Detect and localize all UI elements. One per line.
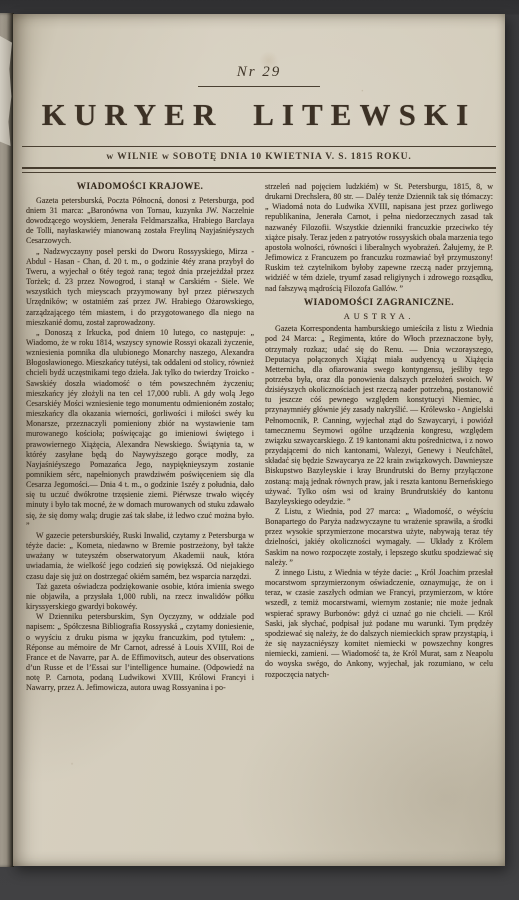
article-paragraph: „ Donoszą z Irkucka, pod dniem 10 lutego… bbox=[26, 328, 254, 531]
article-columns: WIADOMOŚCI KRAJOWE. Gazeta petersburská,… bbox=[13, 173, 505, 786]
article-paragraph-continuation: strzeleń nad pojęciem ludzkiém) w St. Pe… bbox=[265, 182, 493, 294]
article-paragraph: W gazecie petersburskiéy, Ruski Inwalid,… bbox=[26, 531, 254, 582]
issue-rule bbox=[198, 86, 320, 87]
masthead-header: Nr 29 KURYER LITEWSKI w WILNIE w SOBOTĘ … bbox=[13, 64, 505, 173]
dateline: w WILNIE w SOBOTĘ DNIA 10 KWIETNIA V. S.… bbox=[13, 152, 505, 162]
article-paragraph: Gazeta Korrespondenta hamburskiego umieś… bbox=[265, 324, 493, 507]
scanned-newspaper-screenshot: { "colors": { "paper": "#d3ccbb", "ink":… bbox=[0, 0, 519, 900]
article-paragraph: Taż gazeta oświadcza podziękowanie osobi… bbox=[26, 582, 254, 612]
masthead-title: KURYER LITEWSKI bbox=[13, 97, 505, 133]
article-paragraph: Z Listu, z Wiednia, pod 27 marca: „ Wiad… bbox=[265, 507, 493, 568]
dateline-top-rule bbox=[22, 146, 496, 147]
article-paragraph: „ Nadzwyczayny poseł perski do Dworu Ros… bbox=[26, 247, 254, 328]
article-paragraph: Z innego Listu, z Wiednia w téyże dacie:… bbox=[265, 568, 493, 680]
issue-number: Nr 29 bbox=[13, 64, 505, 81]
section-title-foreign-news: WIADOMOŚCI ZAGRANICZNE. bbox=[265, 298, 493, 310]
article-paragraph: Gazeta petersburská, Poczta Północná, do… bbox=[26, 196, 254, 247]
article-paragraph: W Dzienniku petersburskim, Syn Oyczyzny,… bbox=[26, 612, 254, 693]
left-column: WIADOMOŚCI KRAJOWE. Gazeta petersburská,… bbox=[26, 182, 254, 786]
page-content: Nr 29 KURYER LITEWSKI w WILNIE w SOBOTĘ … bbox=[13, 14, 505, 866]
right-column: strzeleń nad pojęciem ludzkiém) w St. Pe… bbox=[265, 182, 493, 786]
subsection-title-austria: AUSTRYA. bbox=[265, 312, 493, 323]
section-title-domestic-news: WIADOMOŚCI KRAJOWE. bbox=[26, 182, 254, 194]
newspaper-page: Nr 29 KURYER LITEWSKI w WILNIE w SOBOTĘ … bbox=[13, 14, 505, 866]
